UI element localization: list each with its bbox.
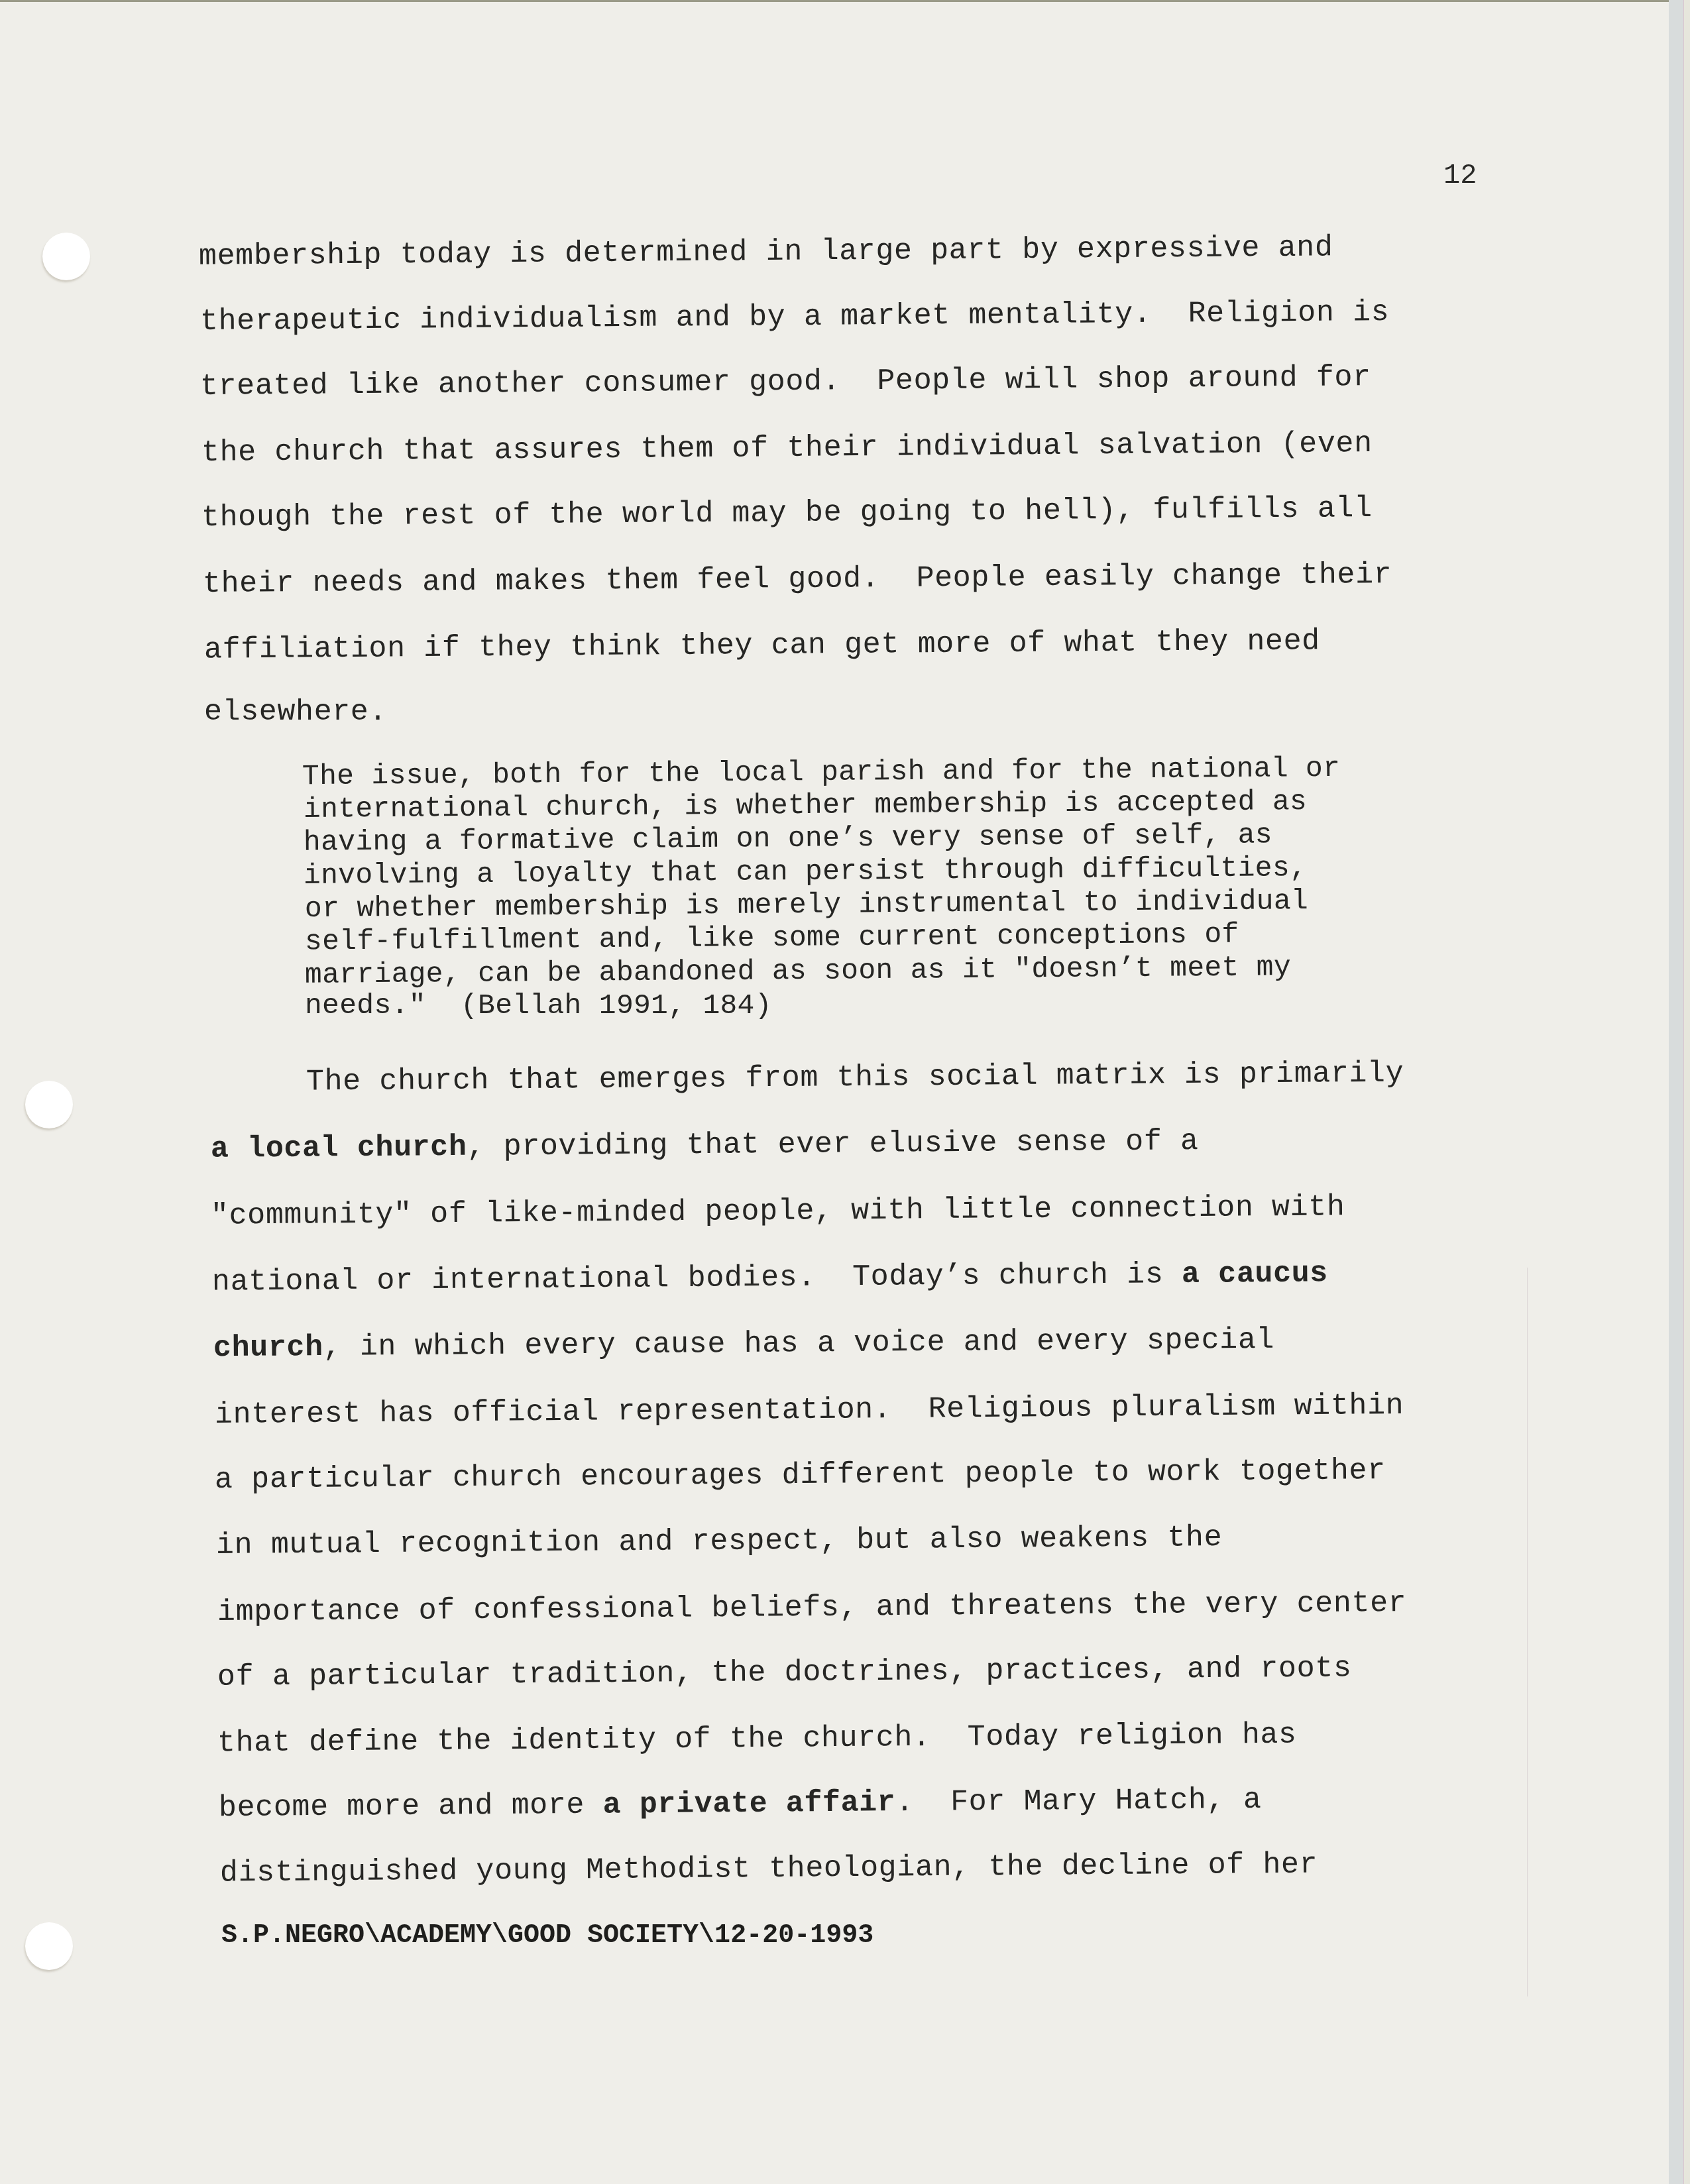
text-line: though the rest of the world may be goin…: [201, 492, 1373, 535]
emphasis-local-church: a local church: [211, 1130, 467, 1166]
scan-artifact-line: [1527, 1268, 1528, 1996]
text-line: distinguished young Methodist theologian…: [220, 1847, 1318, 1890]
text-line: their needs and makes them feel good. Pe…: [203, 558, 1392, 601]
text-span: national or international bodies. Today’…: [212, 1258, 1182, 1299]
text-line: The church that emerges from this social…: [306, 1056, 1404, 1099]
text-line: interest has official representation. Re…: [215, 1389, 1404, 1432]
text-span: , providing that ever elusive sense of a: [467, 1124, 1199, 1164]
text-line: membership today is determined in large …: [199, 231, 1333, 273]
text-line: therapeutic individualism and by a marke…: [200, 296, 1390, 339]
text-span: , in which every cause has a voice and e…: [323, 1323, 1274, 1364]
text-line: in mutual recognition and respect, but a…: [216, 1521, 1223, 1562]
hole-punch: [25, 1922, 73, 1970]
emphasis-caucus: a caucus: [1182, 1256, 1328, 1291]
quote-line: marriage, can be abandoned as soon as it…: [305, 951, 1291, 991]
text-line: importance of confessional beliefs, and …: [217, 1586, 1407, 1629]
scanner-edge: [1669, 0, 1683, 2184]
text-line: church, in which every cause has a voice…: [213, 1323, 1274, 1366]
document-footer-path: S.P.NEGRO\ACADEMY\GOOD SOCIETY\12-20-199…: [221, 1921, 873, 1951]
text-line: that define the identity of the church. …: [217, 1718, 1297, 1761]
text-line: elsewhere.: [204, 695, 387, 729]
text-line: become more and more a private affair. F…: [219, 1783, 1262, 1825]
hole-punch: [25, 1081, 73, 1128]
emphasis-church: church: [213, 1331, 323, 1365]
hole-punch: [42, 233, 90, 280]
text-line: the church that assures them of their in…: [201, 427, 1373, 470]
document-page: 12 membership today is determined in lar…: [0, 0, 1669, 2184]
text-line: affiliation if they think they can get m…: [204, 624, 1320, 667]
text-line: "community" of like-minded people, with …: [211, 1190, 1345, 1232]
text-span: become more and more: [219, 1788, 603, 1826]
text-span: . For Mary Hatch, a: [895, 1783, 1261, 1820]
text-line: a particular church encourages different…: [215, 1454, 1386, 1497]
text-line: of a particular tradition, the doctrines…: [217, 1651, 1352, 1694]
page-number: 12: [1443, 160, 1477, 191]
text-line: a local church, providing that ever elus…: [211, 1124, 1199, 1166]
scanner-edge-border: [1683, 0, 1690, 2184]
text-line: treated like another consumer good. Peop…: [200, 360, 1371, 404]
quote-line: needs." (Bellah 1991, 184): [305, 989, 772, 1022]
emphasis-private-affair: a private affair: [603, 1786, 896, 1822]
text-line: national or international bodies. Today’…: [212, 1256, 1328, 1299]
